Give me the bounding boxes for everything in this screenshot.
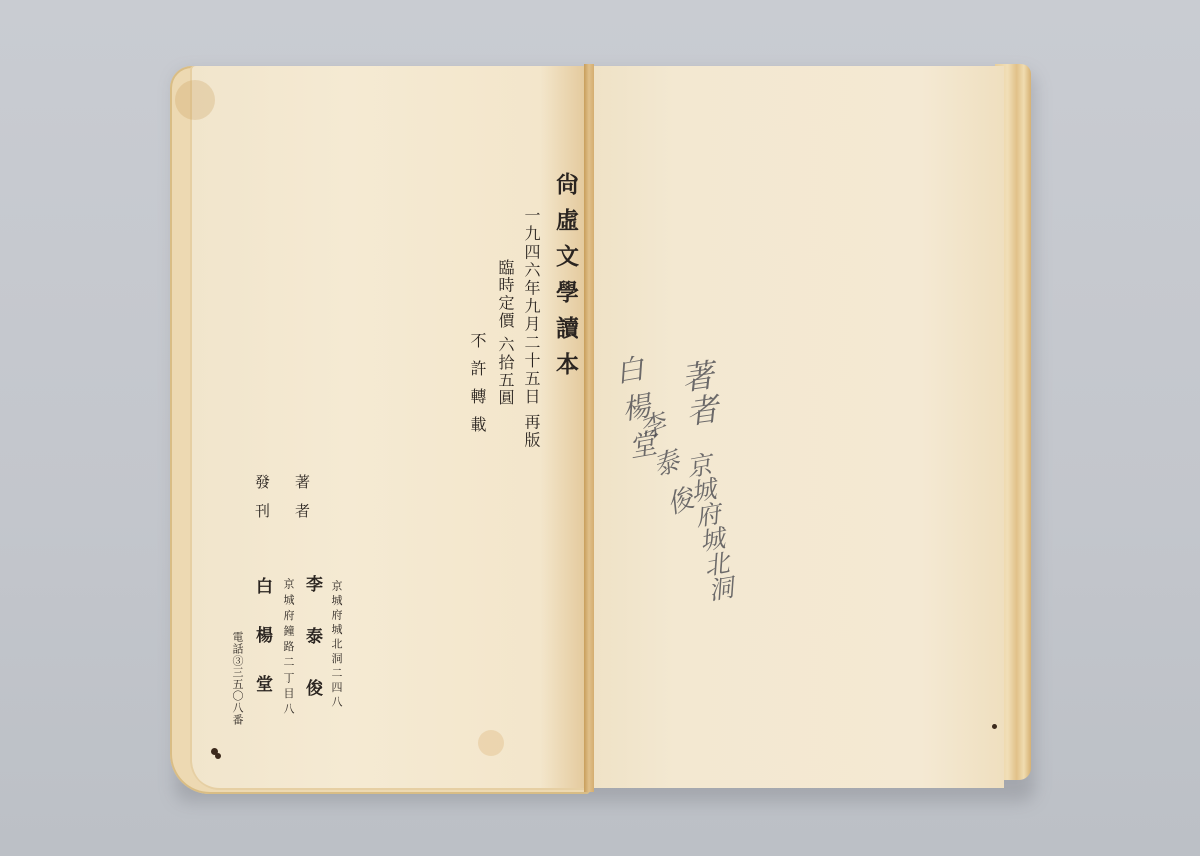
copyright-notice: 不許轉載 [466,332,489,444]
publisher-address: 京城府鐘路二丁目八 [280,578,296,718]
price: 臨時定價 六拾五圓 [494,259,517,407]
book-gutter [584,64,594,792]
paper-stain [478,730,504,756]
author-address: 京城府城北洞二四八 [328,580,344,711]
publisher-phone: 電話③三五〇八番 [229,631,245,725]
publisher-name: 白楊堂 [250,577,275,724]
open-book: 尙虛文學讀本 一九四六年九月二十五日 再版 臨時定價 六拾五圓 不許轉載 著者 … [0,0,1200,856]
ink-spot [992,724,997,729]
author-label: 著者 [292,474,313,532]
book-title: 尙虛文學讀本 [549,172,582,388]
edition-date: 一九四六年九月二十五日 再版 [520,207,543,450]
ink-spot [215,753,221,759]
handwriting-line-1: 著者 [670,357,725,431]
author-name: 李泰俊 [300,575,325,731]
paper-stain [175,80,215,120]
publisher-label: 發刊 [252,474,273,532]
